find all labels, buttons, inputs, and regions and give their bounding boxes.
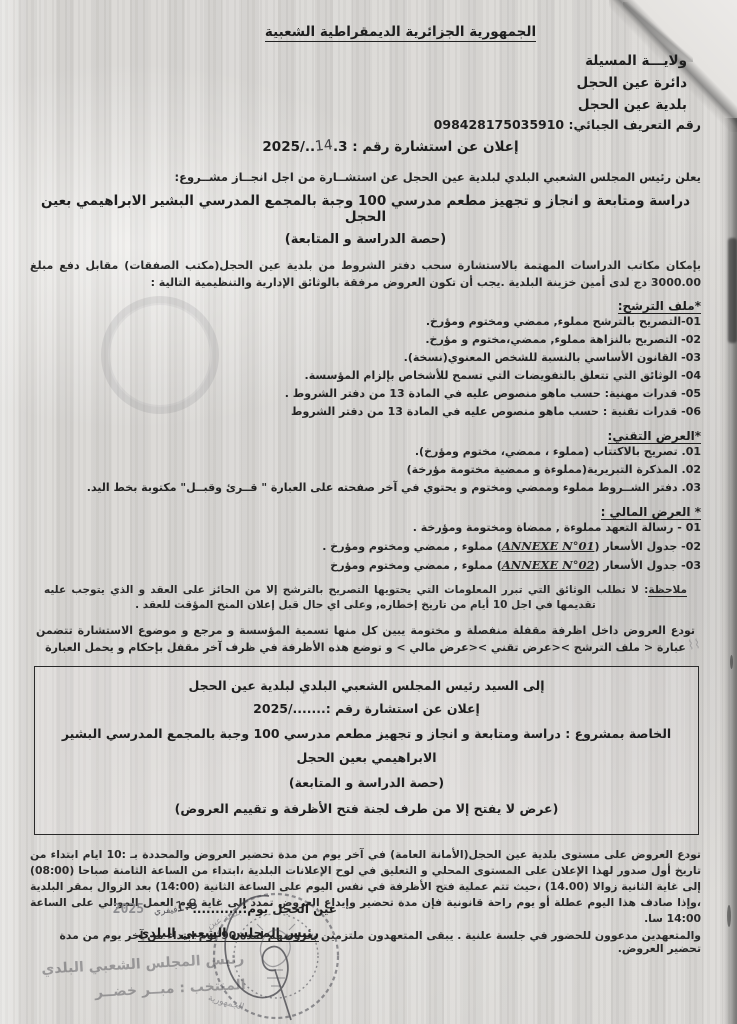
financial-title-text: * العرض المالي :	[601, 505, 701, 520]
daira-line: دائرة عين الحجل	[577, 72, 687, 94]
envelope-address-box: إلى السيد رئيس المجلس الشعبي البلدي لبلد…	[34, 666, 699, 835]
consultation-number-line: إعلان عن استشارة رقم : 2025/..14.3	[55, 139, 726, 155]
republic-title-text: الجمهورية الجزائرية الديمقراطية الشعبية	[265, 24, 536, 42]
svg-text:بلدية عين الحجل: بلدية عين الحجل	[207, 908, 242, 942]
document-content: الجمهورية الجزائرية الديمقراطية الشعبية …	[0, 0, 737, 1024]
tax-id-value: 098428175035910	[434, 117, 564, 132]
note-text: : لا تطلب الوثائق التي تبرر المعلومات ال…	[44, 584, 648, 611]
withdraw-paragraph: بإمكان مكاتب الدراسات المهتمة بالاستشارة…	[30, 257, 701, 291]
financial-item3-post: ) مملوء , ممضي ومختوم ومؤرخ	[330, 559, 502, 572]
republic-title: الجمهورية الجزائرية الديمقراطية الشعبية	[65, 24, 736, 40]
financial-item3-pre: 03- جدول الأسعار (	[594, 559, 701, 572]
note-paragraph: ملاحظة: لا تطلب الوثائق التي تبرر المعلو…	[30, 583, 701, 613]
tax-id-line: رقم التعريف الجبائي: 098428175035910	[30, 117, 701, 132]
financial-item2-post: ) مملوء , ممضي ومختوم ومؤرخ .	[322, 540, 502, 553]
technical-title-text: *العرض التقني:	[608, 429, 701, 444]
project-title: دراسة ومتابعة و انجاز و تجهيز مطعم مدرسي…	[30, 193, 701, 225]
box-warning-line: (عرض لا يفتح إلا من طرف لجنة فتح الأظرفة…	[47, 796, 686, 822]
candidacy-item: 05- قدرات مهنية: حسب ماهو منصوص عليه في …	[30, 385, 701, 403]
candidacy-section-title: *ملف الترشح:	[30, 299, 701, 313]
envelope-paragraph: تودع العروض داخل اظرفة مقفلة منفصلة و مخ…	[30, 622, 701, 656]
note-label: ملاحظة	[648, 584, 687, 597]
official-round-stamp: بلدية عين الحجل الجمهورية الجزائرية	[207, 884, 345, 1024]
technical-item: 03. دفتر الشــروط مملوء وممضي ومختوم و ي…	[30, 479, 701, 497]
consultation-label: إعلان عن استشارة رقم :	[352, 139, 518, 155]
financial-section-title: * العرض المالي :	[30, 505, 701, 519]
intro-paragraph: يعلن رئيس المجلس الشعبي البلدي لبلدية عي…	[30, 170, 701, 184]
candidacy-item: 03- القانون الأساسي بالنسبة للشخص المعنو…	[30, 349, 701, 367]
financial-item: 02- جدول الأسعار (ANNEXE N°01) مملوء , م…	[30, 537, 701, 556]
candidacy-title-text: *ملف الترشح:	[618, 299, 701, 314]
financial-item2-pre: 02- جدول الأسعار (	[594, 540, 701, 553]
financial-item: 01 - رسالة التعهد مملوءة , ممضاة ومختومة…	[30, 519, 701, 537]
tax-id-label: رقم التعريف الجبائي:	[564, 117, 701, 132]
candidacy-item: 01-التصريح بالترشح مملوء, ممضي ومختوم وم…	[30, 313, 701, 331]
technical-section-title: *العرض التقني:	[30, 429, 701, 443]
scan-noise	[727, 905, 731, 927]
annexe-01-label: ANNEXE N°01	[502, 539, 595, 553]
box-consultation-line: إعلان عن استشارة رقم :2025/.......	[47, 696, 686, 722]
candidacy-item: 06- قدرات تقنية : حسب ماهو منصوص عليه في…	[30, 403, 701, 421]
scanned-document-page: ⌇⌇ الجمهورية الجزائرية الديمقراطية الشعب…	[0, 0, 737, 1024]
annexe-02-label: ANNEXE N°02	[502, 558, 595, 572]
project-lot: (حصة الدراسة و المتابعة)	[30, 232, 701, 247]
box-lot-line: (حصة الدراسة و المتابعة)	[47, 770, 686, 796]
box-consultation-number: 2025/.......	[253, 701, 326, 716]
technical-item: 02. المذكرة التبريرية(مملوءة و ممضية مخت…	[30, 461, 701, 479]
box-project-line: الخاصة بمشروع : دراسة ومتابعة و انجاز و …	[47, 722, 686, 770]
authority-block: ولايـــة المسيلة دائرة عين الحجل بلدية ع…	[577, 50, 687, 116]
wilaya-line: ولايـــة المسيلة	[577, 50, 687, 72]
commune-line: بلدية عين الحجل	[577, 94, 687, 116]
consultation-number-handwritten: 14	[314, 137, 333, 155]
handwritten-month: فيفري	[154, 905, 178, 917]
scan-noise	[730, 655, 733, 669]
year-stamp: 2025	[113, 902, 144, 917]
candidacy-item: 02- التصريح بالنزاهة مملوء, ممضي،مختوم و…	[30, 331, 701, 349]
candidacy-item: 04- الوثائق التي تتعلق بالتفويضات التي ت…	[30, 367, 701, 385]
consultation-number-suffix: .3	[333, 139, 348, 155]
box-addressee: إلى السيد رئيس المجلس الشعبي البلدي لبلد…	[47, 676, 686, 696]
technical-item: 01. تصريح بالاكتتاب (مملوء ، ممضي، مختوم…	[30, 443, 701, 461]
financial-item: 03- جدول الأسعار (ANNEXE N°02) مملوء , م…	[30, 556, 701, 575]
box-consultation-label: إعلان عن استشارة رقم :	[326, 701, 480, 716]
consultation-number: 2025/..14.3	[262, 139, 347, 155]
svg-text:الجمهورية الجزائرية: الجمهورية الجزائرية	[207, 983, 245, 1013]
consultation-number-year: 2025/..	[262, 139, 315, 155]
